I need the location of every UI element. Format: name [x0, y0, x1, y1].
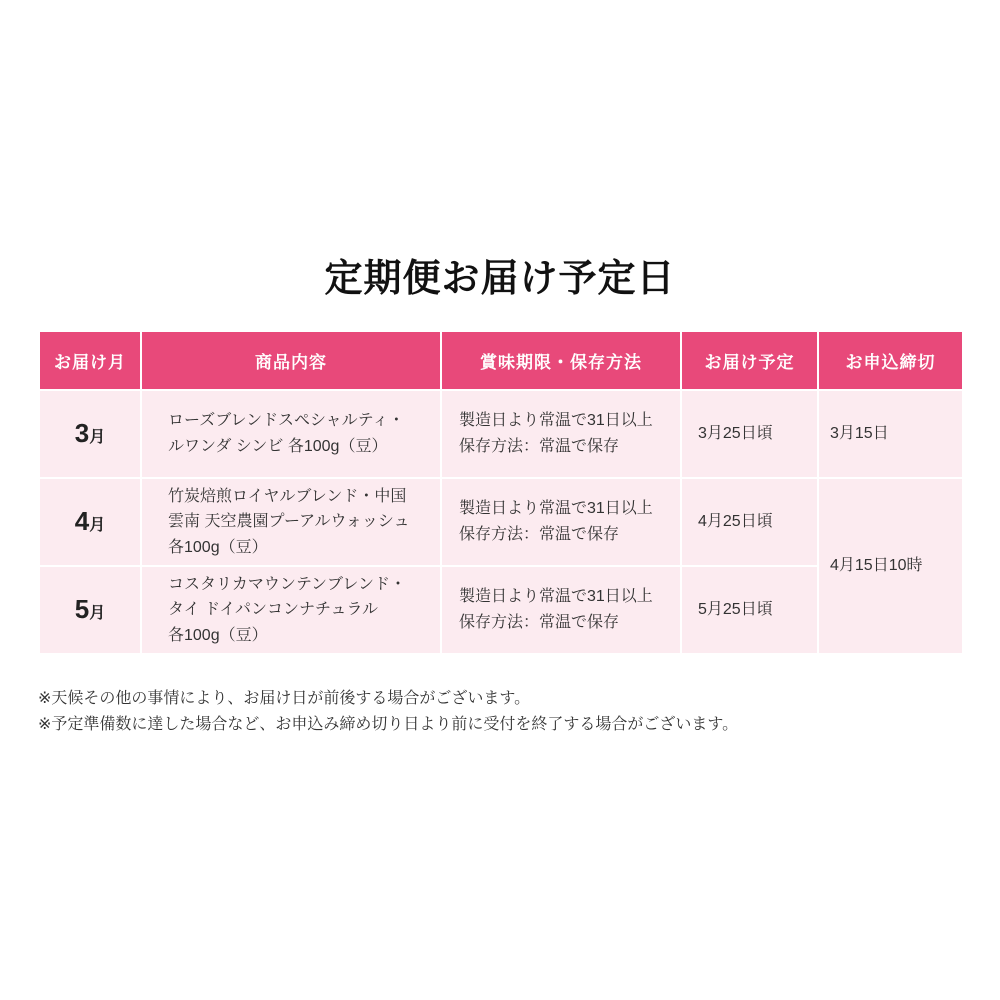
delivery-date-may: 5月25日頃: [681, 566, 818, 654]
table-row-march: 3月 ローズブレンドスペシャルティ・ ルワンダ シンビ 各100g（豆） 製造日…: [39, 390, 963, 478]
month-cell-may: 5月: [39, 566, 141, 654]
header-expiry-storage: 賞味期限・保存方法: [441, 331, 681, 390]
header-product-contents: 商品内容: [141, 331, 441, 390]
month-cell-march: 3月: [39, 390, 141, 478]
month-unit: 月: [89, 429, 105, 446]
note-line: ※予定準備数に達した場合など、お申込み締め切り日より前に受付を終了する場合がござ…: [38, 712, 968, 738]
expiry-line: 保存方法：常温で保存: [459, 610, 670, 636]
footnotes: ※天候その他の事情により、お届け日が前後する場合がございます。 ※予定準備数に達…: [38, 686, 968, 739]
delivery-schedule-table: お届け月 商品内容 賞味期限・保存方法 お届け予定 お申込締切 3月 ローズブレ…: [38, 330, 964, 655]
product-line: 竹炭焙煎ロイヤルブレンド・中国: [168, 484, 426, 510]
expiry-line: 製造日より常温で31日以上: [459, 584, 670, 610]
month-number: 5: [75, 594, 89, 624]
note-line: ※天候その他の事情により、お届け日が前後する場合がございます。: [38, 686, 968, 712]
delivery-date-march: 3月25日頃: [681, 390, 818, 478]
product-line: タイ ドイパンコンナチュラル: [168, 597, 426, 623]
month-unit: 月: [89, 605, 105, 622]
product-line: 雲南 天空農園プーアルウォッシュ: [168, 509, 426, 535]
header-application-deadline: お申込締切: [818, 331, 963, 390]
delivery-schedule-page: 定期便お届け予定日 お届け月 商品内容 賞味期限・保存方法 お届け予定 お申込締…: [0, 0, 1000, 1000]
product-line: ローズブレンドスペシャルティ・: [168, 408, 426, 434]
month-cell-april: 4月: [39, 478, 141, 566]
expiry-cell-march: 製造日より常温で31日以上 保存方法：常温で保存: [441, 390, 681, 478]
table-header-row: お届け月 商品内容 賞味期限・保存方法 お届け予定 お申込締切: [39, 331, 963, 390]
product-line: ルワンダ シンビ 各100g（豆）: [168, 434, 426, 460]
header-delivery-month: お届け月: [39, 331, 141, 390]
header-delivery-estimate: お届け予定: [681, 331, 818, 390]
expiry-line: 製造日より常温で31日以上: [459, 496, 670, 522]
expiry-line: 製造日より常温で31日以上: [459, 408, 670, 434]
product-line: 各100g（豆）: [168, 535, 426, 561]
expiry-line: 保存方法：常温で保存: [459, 434, 670, 460]
page-title: 定期便お届け予定日: [0, 247, 1000, 302]
month-number: 4: [75, 506, 89, 536]
product-line: コスタリカマウンテンブレンド・: [168, 572, 426, 598]
month-number: 3: [75, 418, 89, 448]
product-cell-march: ローズブレンドスペシャルティ・ ルワンダ シンビ 各100g（豆）: [141, 390, 441, 478]
expiry-cell-may: 製造日より常温で31日以上 保存方法：常温で保存: [441, 566, 681, 654]
table-row-april: 4月 竹炭焙煎ロイヤルブレンド・中国 雲南 天空農園プーアルウォッシュ 各100…: [39, 478, 963, 566]
deadline-april-may-merged: 4月15日10時: [818, 478, 963, 654]
expiry-line: 保存方法：常温で保存: [459, 522, 670, 548]
deadline-march: 3月15日: [818, 390, 963, 478]
product-cell-may: コスタリカマウンテンブレンド・ タイ ドイパンコンナチュラル 各100g（豆）: [141, 566, 441, 654]
product-cell-april: 竹炭焙煎ロイヤルブレンド・中国 雲南 天空農園プーアルウォッシュ 各100g（豆…: [141, 478, 441, 566]
delivery-date-april: 4月25日頃: [681, 478, 818, 566]
product-line: 各100g（豆）: [168, 623, 426, 649]
expiry-cell-april: 製造日より常温で31日以上 保存方法：常温で保存: [441, 478, 681, 566]
month-unit: 月: [89, 517, 105, 534]
